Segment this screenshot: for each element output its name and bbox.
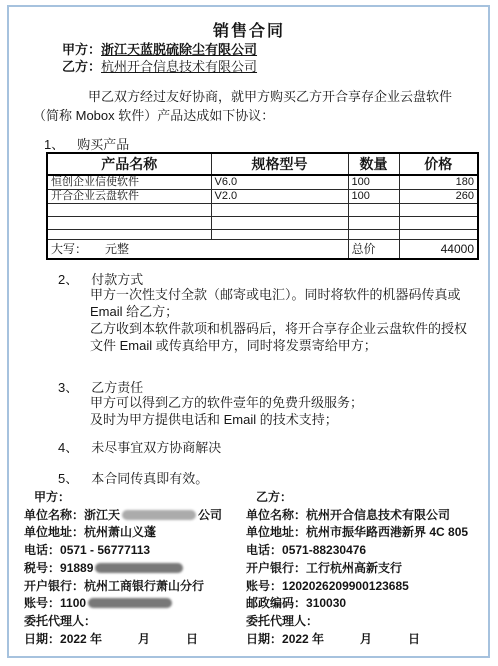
empty-cell xyxy=(47,204,211,217)
product-name-cell: 恒创企业信使软件 xyxy=(47,175,211,190)
date-value: 2022 年 月 日 xyxy=(282,632,420,646)
section-5-number: 5、 xyxy=(58,468,78,487)
account-prefix: 1100 xyxy=(60,596,86,610)
price-cell: 260 xyxy=(399,190,478,204)
phone-label: 电话： xyxy=(246,543,282,557)
section-5-title: 本合同传真即有效。 xyxy=(91,471,208,486)
party-a-phone-line: 电话：0571 - 56777113 xyxy=(24,542,222,560)
party-b-address-line: 单位地址：杭州市振华路西港新界 4C 805 xyxy=(246,524,468,542)
total-label-cell: 总价 xyxy=(348,240,399,260)
party-b-name: 杭州开合信息技术有限公司 xyxy=(101,59,257,74)
daxie-label: 大写： xyxy=(51,242,87,256)
party-b-label: 乙方： xyxy=(62,59,101,74)
party-a-address-line: 单位地址：杭州萧山义蓬 xyxy=(24,524,222,542)
company-name-value: 杭州开合信息技术有限公司 xyxy=(306,508,450,522)
tax-id-label: 税号： xyxy=(24,561,60,575)
bank-value: 工行杭州高新支行 xyxy=(306,561,402,575)
address-value: 杭州萧山义蓬 xyxy=(84,525,156,539)
total-amount-cell: 44000 xyxy=(399,240,478,260)
signature-block-party-b: 乙方： 单位名称：杭州开合信息技术有限公司 单位地址：杭州市振华路西港新界 4C… xyxy=(246,489,468,648)
header-qty: 数量 xyxy=(348,153,399,175)
table-row: 开合企业云盘软件 V2.0 100 260 xyxy=(47,190,478,204)
date-label: 日期： xyxy=(246,632,282,646)
empty-cell xyxy=(211,230,348,240)
section-1-title: 购买产品 xyxy=(77,137,129,152)
table-row: 恒创企业信使软件 V6.0 100 180 xyxy=(47,175,478,190)
party-b-account-line: 账号：1202026209900123685 xyxy=(246,578,468,596)
amount-in-words-cell: 大写：元整 xyxy=(47,240,348,260)
party-b-bank-line: 开户银行：工行杭州高新支行 xyxy=(246,560,468,578)
bank-label: 开户银行： xyxy=(24,579,84,593)
spec-cell: V6.0 xyxy=(211,175,348,190)
intro-line: （简称 Mobox 软件）产品达成如下协议： xyxy=(33,106,483,125)
empty-cell xyxy=(348,230,399,240)
daxie-value: 元整 xyxy=(105,242,129,256)
section-3-number: 3、 xyxy=(58,377,78,396)
party-a-agent-line: 委托代理人： xyxy=(24,613,222,631)
intro-line: 甲乙双方经过友好协商，就甲方购买乙方开合享存企业云盘软件 xyxy=(33,87,483,106)
table-empty-row xyxy=(47,230,478,240)
qty-cell: 100 xyxy=(348,190,399,204)
party-a-bank-line: 开户银行：杭州工商银行萧山分行 xyxy=(24,578,222,596)
qty-cell: 100 xyxy=(348,175,399,190)
section-responsibility: 3、乙方责任 甲方可以得到乙方的软件壹年的免费升级服务； 及时为甲方提供电话和 … xyxy=(58,377,482,428)
price-cell: 180 xyxy=(399,175,478,190)
table-footer-row: 大写：元整 总价 44000 xyxy=(47,240,478,260)
section-2-line: Email 给乙方； xyxy=(90,303,482,320)
account-label: 账号： xyxy=(246,579,282,593)
party-b-phone-line: 电话：0571-88230476 xyxy=(246,542,468,560)
party-b-company-line: 单位名称：杭州开合信息技术有限公司 xyxy=(246,507,468,525)
empty-cell xyxy=(211,204,348,217)
section-2-line: 乙方收到本软件款项和机器码后，将开合享存企业云盘软件的授权 xyxy=(90,320,482,337)
party-b-agent-line: 委托代理人： xyxy=(246,613,468,631)
header-price: 价格 xyxy=(399,153,478,175)
zip-label: 邮政编码： xyxy=(246,596,306,610)
company-name-suffix: 公司 xyxy=(198,508,222,522)
section-2-title: 付款方式 xyxy=(91,272,143,287)
party-b-line: 乙方：杭州开合信息技术有限公司 xyxy=(62,56,257,75)
empty-cell xyxy=(399,217,478,230)
redacted-tax-id xyxy=(95,563,183,573)
empty-cell xyxy=(348,217,399,230)
empty-cell xyxy=(211,217,348,230)
address-label: 单位地址： xyxy=(24,525,84,539)
party-b-zip-line: 邮政编码：310030 xyxy=(246,595,468,613)
section-2-line: 甲方一次性支付全款（邮寄或电汇）。同时将软件的机器码传真或 xyxy=(90,286,482,303)
table-empty-row xyxy=(47,204,478,217)
party-a-date-line: 日期：2022 年 月 日 xyxy=(24,631,222,649)
phone-label: 电话： xyxy=(24,543,60,557)
section-3-title: 乙方责任 xyxy=(91,380,143,395)
empty-cell xyxy=(399,204,478,217)
section-1-number: 1、 xyxy=(44,134,64,153)
empty-cell xyxy=(47,217,211,230)
table-empty-row xyxy=(47,217,478,230)
table-header-row: 产品名称 规格型号 数量 价格 xyxy=(47,153,478,175)
product-name-cell: 开合企业云盘软件 xyxy=(47,190,211,204)
section-2-line: 文件 Email 或传真给甲方，同时将发票寄给甲方； xyxy=(90,337,482,354)
date-label: 日期： xyxy=(24,632,60,646)
section-4-number: 4、 xyxy=(58,437,78,456)
empty-cell xyxy=(399,230,478,240)
empty-cell xyxy=(47,230,211,240)
party-a-account-line: 账号：1100 xyxy=(24,595,222,613)
address-label: 单位地址： xyxy=(246,525,306,539)
company-name-label: 单位名称： xyxy=(246,508,306,522)
bank-value: 杭州工商银行萧山分行 xyxy=(84,579,204,593)
header-spec: 规格型号 xyxy=(211,153,348,175)
party-b-date-line: 日期：2022 年 月 日 xyxy=(246,631,468,649)
section-3-line: 及时为甲方提供电话和 Email 的技术支持； xyxy=(90,411,482,428)
redacted-account-number xyxy=(88,598,172,608)
party-a-tax-line: 税号：91889 xyxy=(24,560,222,578)
party-b-sign-header: 乙方： xyxy=(246,489,468,507)
section-misc: 4、未尽事宜双方协商解决 xyxy=(58,437,221,454)
date-value: 2022 年 月 日 xyxy=(60,632,198,646)
spec-cell: V2.0 xyxy=(211,190,348,204)
section-1-heading: 1、购买产品 xyxy=(44,134,129,153)
address-value: 杭州市振华路西港新界 4C 805 xyxy=(306,525,468,539)
bank-label: 开户银行： xyxy=(246,561,306,575)
header-product-name: 产品名称 xyxy=(47,153,211,175)
section-2-number: 2、 xyxy=(58,269,78,288)
section-payment: 2、付款方式 甲方一次性支付全款（邮寄或电汇）。同时将软件的机器码传真或 Ema… xyxy=(58,269,482,354)
section-fax-valid: 5、本合同传真即有效。 xyxy=(58,468,208,485)
account-label: 账号： xyxy=(24,596,60,610)
company-name-prefix: 浙江天 xyxy=(84,508,120,522)
account-value: 1202026209900123685 xyxy=(282,579,409,593)
phone-value: 0571 - 56777113 xyxy=(60,543,150,557)
party-a-company-line: 单位名称：浙江天公司 xyxy=(24,507,222,525)
redacted-company-name xyxy=(122,510,196,520)
section-3-line: 甲方可以得到乙方的软件壹年的免费升级服务； xyxy=(90,394,482,411)
page-title: 销售合同 xyxy=(0,18,498,41)
intro-paragraph: 甲乙双方经过友好协商，就甲方购买乙方开合享存企业云盘软件 （简称 Mobox 软… xyxy=(33,87,483,125)
tax-id-prefix: 91889 xyxy=(60,561,93,575)
phone-value: 0571-88230476 xyxy=(282,543,366,557)
section-3-body: 甲方可以得到乙方的软件壹年的免费升级服务； 及时为甲方提供电话和 Email 的… xyxy=(90,394,482,428)
party-a-name: 浙江天蓝脱硫除尘有限公司 xyxy=(101,42,257,57)
party-a-sign-header: 甲方： xyxy=(24,489,222,507)
section-2-body: 甲方一次性支付全款（邮寄或电汇）。同时将软件的机器码传真或 Email 给乙方；… xyxy=(90,286,482,354)
section-4-title: 未尽事宜双方协商解决 xyxy=(91,440,221,455)
empty-cell xyxy=(348,204,399,217)
party-a-label: 甲方： xyxy=(62,42,101,57)
product-table: 产品名称 规格型号 数量 价格 恒创企业信使软件 V6.0 100 180 开合… xyxy=(46,152,479,260)
signature-block-party-a: 甲方： 单位名称：浙江天公司 单位地址：杭州萧山义蓬 电话：0571 - 567… xyxy=(24,489,222,648)
company-name-label: 单位名称： xyxy=(24,508,84,522)
zip-value: 310030 xyxy=(306,596,346,610)
